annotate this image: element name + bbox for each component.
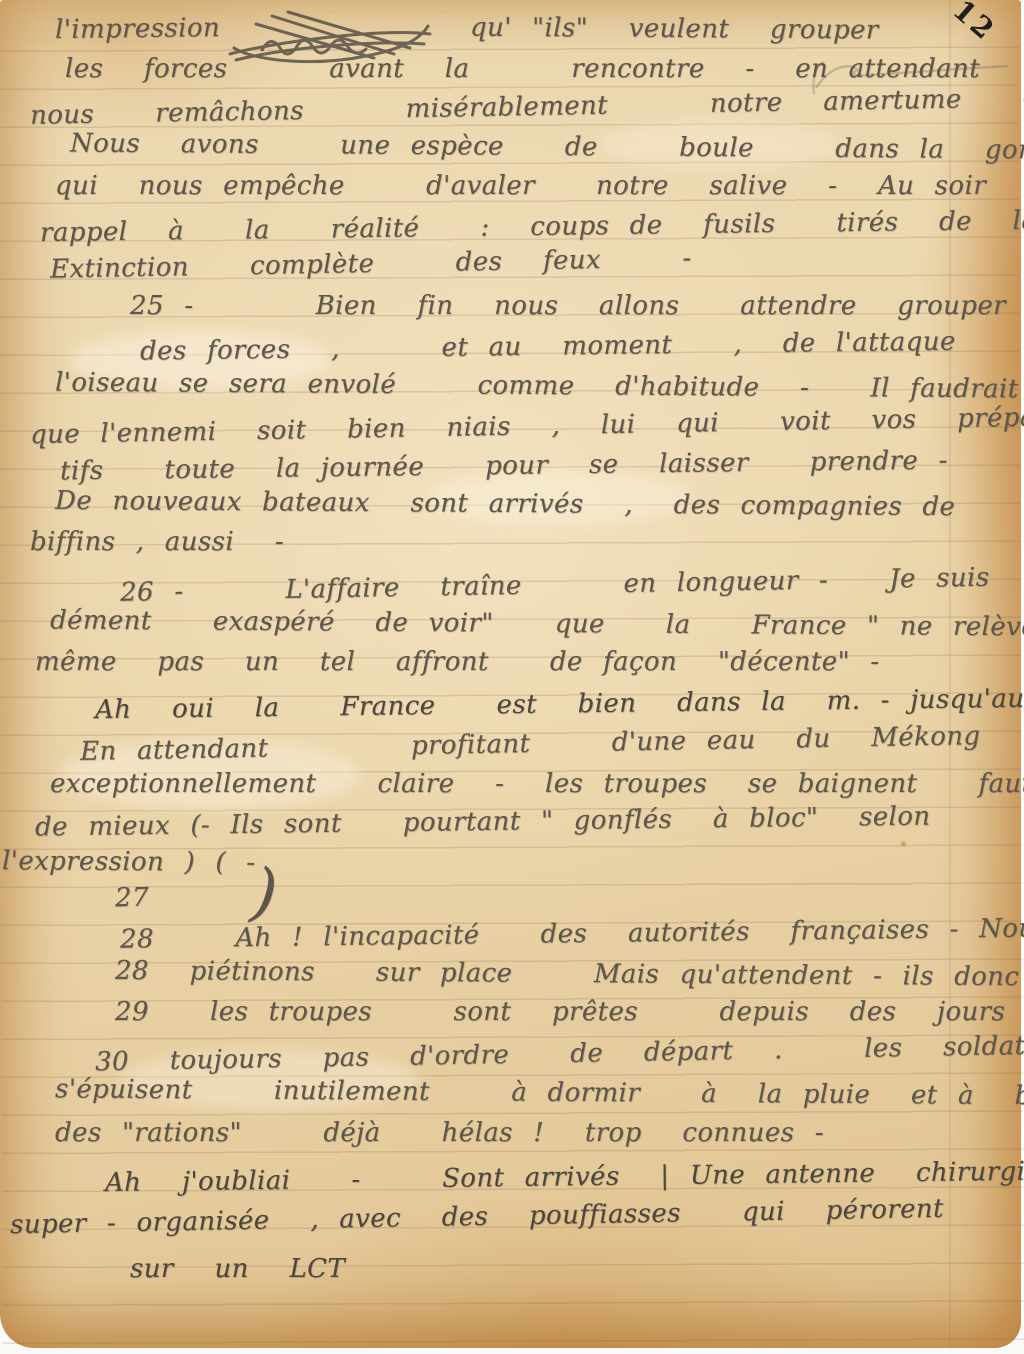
handwriting-line: exceptionnellement claire - les troupes …	[50, 771, 1024, 797]
handwriting-line: De nouveaux bateaux sont arrivés , des c…	[55, 488, 955, 520]
scanned-diary-page: { "page": { "number": "12", "big_paren":…	[0, 0, 1024, 1354]
notebook-page: 12 l'impression qu' "ils" veulent groupe…	[0, 0, 1021, 1348]
handwriting-line: 29 les troupes sont prêtes depuis des jo…	[115, 999, 1024, 1025]
handwriting-line: dément exaspéré de voir" que la France "…	[50, 607, 1024, 640]
handwriting-line: l'oiseau se sera envolé comme d'habitude…	[55, 370, 1019, 403]
handwriting-line: Nous avons une espèce de boule dans la g…	[70, 131, 1024, 164]
handwriting-line: 25 - Bien fin nous allons attendre group…	[130, 293, 1006, 319]
handwriting-line: 28 piétinons sur place Mais qu'attendent…	[115, 958, 1020, 990]
handwriting-line: des "rations" déjà hélas ! trop connues …	[55, 1120, 824, 1146]
handwriting-line: sur un LCT	[130, 1256, 345, 1282]
handwriting-line: qui nous empêche d'avaler notre salive -…	[55, 173, 1024, 199]
handwriting-line: biffins , aussi -	[30, 529, 284, 555]
margin-rule	[949, 0, 951, 1348]
handwriting-line: les forces avant la rencontre - en atten…	[65, 56, 1024, 82]
handwriting-line: s'épuisent inutilement à dormir à la plu…	[55, 1076, 1024, 1109]
handwriting-line: l'expression ) ( -	[2, 848, 256, 876]
handwriting-line: même pas un tel affront de façon "décent…	[35, 649, 879, 675]
handwriting-line: 27	[115, 885, 149, 912]
handwriting-line: l'impression	[55, 15, 220, 43]
handwriting-line: qu' "ils" veulent grouper	[470, 15, 879, 44]
